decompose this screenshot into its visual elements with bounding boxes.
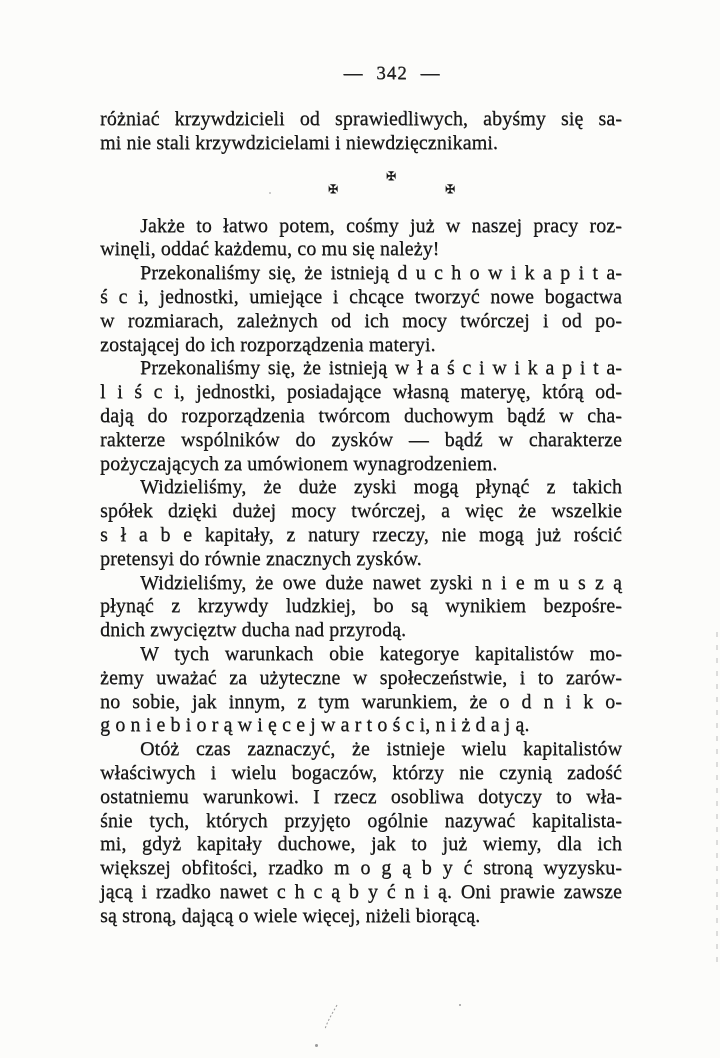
text-line: są stroną, dającą o wiele więcej, niżeli… (100, 905, 622, 929)
maltese-cross-icon: ✠ (445, 182, 455, 196)
text-line: Jakże to łatwo potem, cośmy już w naszej… (100, 215, 622, 239)
scan-speck-artifact (269, 192, 271, 194)
text-line: dnich zwycięztw ducha nad przyrodą. (100, 619, 622, 643)
page-number-header: — 342 — (131, 63, 653, 85)
text-line: śnie tych, których przyjęto ogólnie nazy… (100, 810, 622, 834)
text-line: Widzieliśmy, że duże zyski mogą płynąć z… (100, 476, 622, 500)
text-line: spółek dzięki dużej mocy twórczej, a wię… (100, 500, 622, 524)
scan-scratch-artifact (320, 1002, 340, 1040)
text-line: Przekonaliśmy się, że istnieją w ł a ś c… (100, 357, 622, 381)
text-line: Przekonaliśmy się, że istnieją d u c h o… (100, 262, 622, 286)
scan-speck-artifact (315, 1044, 318, 1047)
scan-edge-artifact (716, 632, 718, 962)
text-line: płynąć z krzywdy ludzkiej, bo są wynikie… (100, 595, 622, 619)
text-line: pretensyi do równie znacznych zysków. (100, 548, 622, 572)
text-line: W tych warunkach obie kategorye kapitali… (100, 643, 622, 667)
text-line: mi, gdyż kapitały duchowe, jak to już wi… (100, 833, 622, 857)
text-line: jącą i rzadko nawet c h c ą b y ć n i ą.… (100, 881, 622, 905)
scanned-book-page: — 342 — różniać krzywdzicieli od sprawie… (0, 0, 720, 1058)
text-line: dają do rozporządzenia twórcom duchowym … (100, 405, 622, 429)
text-line: Otóż czas zaznaczyć, że istnieje wielu k… (100, 738, 622, 762)
text-line: rakterze wspólników do zysków — bądź w c… (100, 429, 622, 453)
text-line: l i ś c i, jednostki, posiadające własną… (100, 381, 622, 405)
text-line: no sobie, jak innym, z tym warunkiem, że… (100, 691, 622, 715)
maltese-cross-icon: ✠ (328, 182, 338, 196)
text-line: Widzieliśmy, że owe duże nawet zyski n i… (100, 572, 622, 596)
text-line: w rozmiarach, zależnych od ich mocy twór… (100, 310, 622, 334)
asterism-separator: ✠✠✠ (100, 156, 622, 215)
text-line: większej obfitości, rzadko m o g ą b y ć… (100, 857, 622, 881)
text-line: właściwych i wielu bogaczów, którzy nie … (100, 762, 622, 786)
text-line: zostającej do ich rozporządzenia materyi… (100, 334, 622, 358)
text-line: s ł a b e kapitały, z natury rzeczy, nie… (100, 524, 622, 548)
text-line: różniać krzywdzicieli od sprawiedliwych,… (100, 108, 622, 132)
text-line: ostatniemu warunkowi. I rzecz osobliwa d… (100, 786, 622, 810)
maltese-cross-icon: ✠ (386, 169, 396, 183)
text-column: różniać krzywdzicieli od sprawiedliwych,… (100, 108, 622, 929)
text-line: pożyczających za umówionem wynagrodzenie… (100, 453, 622, 477)
text-line: g o n i e b i o r ą w i ę c e j w a r t … (100, 714, 622, 738)
text-line: winęli, oddać każdemu, co mu się należy! (100, 238, 622, 262)
text-line: żemy uważać za użyteczne w społeczeństwi… (100, 667, 622, 691)
text-line: ś c i, jednostki, umiejące i chcące twor… (100, 286, 622, 310)
text-line: mi nie stali krzywdzicielami i niewdzięc… (100, 132, 622, 156)
scan-speck-artifact (459, 1004, 461, 1006)
